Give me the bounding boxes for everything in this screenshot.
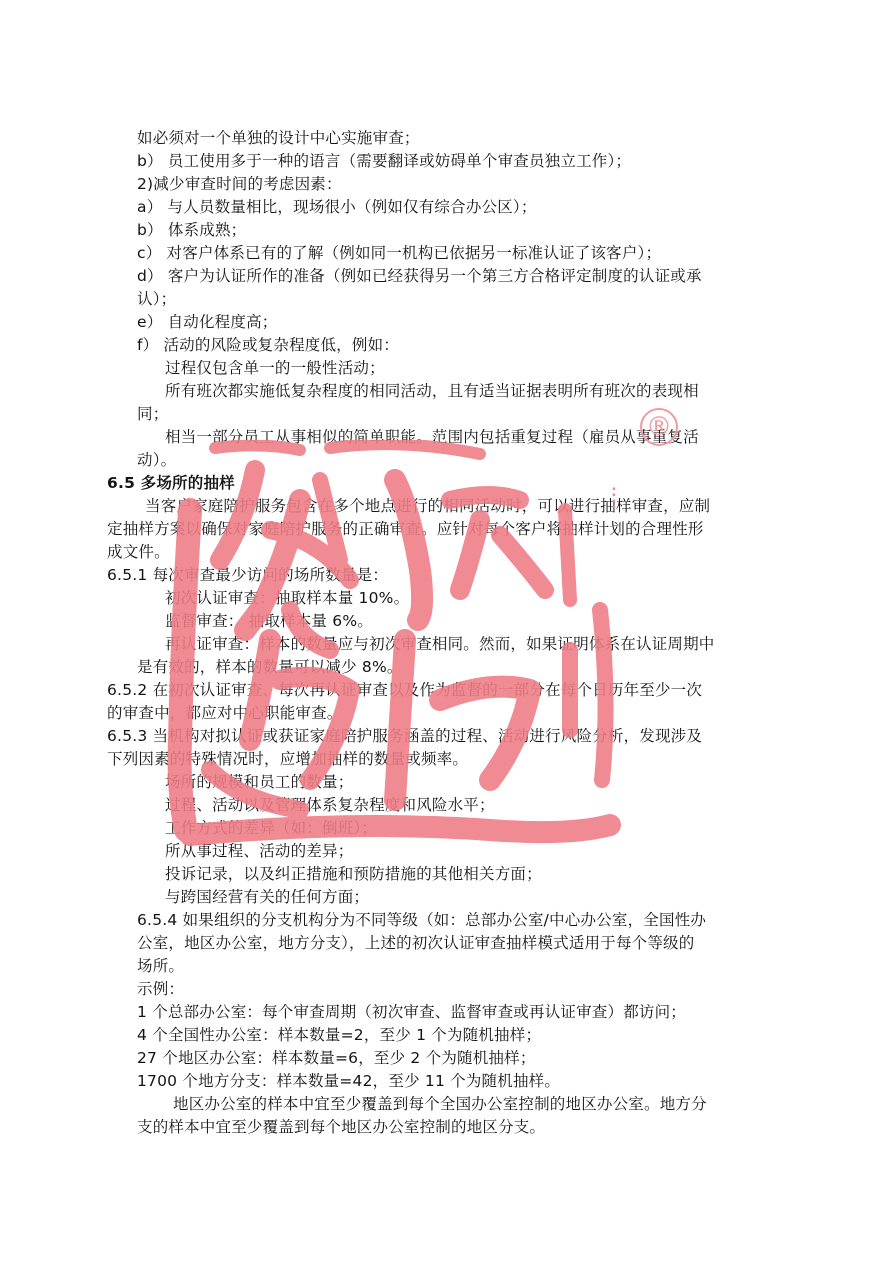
text-line: 过程、活动以及管理体系复杂程度和风险水平； (165, 795, 495, 815)
text-line: 场所。 (137, 956, 184, 976)
text-line: 6.5.1 每次审查最少访问的场所数量是： (107, 565, 388, 585)
text-line: 过程仅包含单一的一般性活动； (165, 358, 385, 378)
text-line: 地区办公室的样本中宜至少覆盖到每个全国办公室控制的地区办公室。地方分 (173, 1094, 707, 1114)
text-line: 1 个总部办公室：每个审查周期（初次审查、监督审查或再认证审查）都访问； (137, 1002, 686, 1022)
text-line: 成文件。 (107, 542, 170, 562)
text-line: 是有效的，样本的数量可以减少 8%。 (137, 657, 403, 677)
text-line: d） 客户为认证所作的准备（例如已经获得另一个第三方合格评定制度的认证或承 (137, 266, 702, 286)
text-line: 6.5.3 当机构对拟认证或获证家庭陪护服务涵盖的过程、活动进行风险分析，发现涉… (107, 726, 702, 746)
text-line: c） 对客户体系已有的了解（例如同一机构已依据另一标准认证了该客户）； (137, 243, 661, 263)
text-line: 监督审查： 抽取样本量 6%。 (165, 611, 373, 631)
text-line: 27 个地区办公室：样本数量=6，至少 2 个为随机抽样； (137, 1048, 536, 1068)
text-line: b） 员工使用多于一种的语言（需要翻译或妨碍单个审查员独立工作）； (137, 151, 631, 171)
text-line: 示例： (137, 979, 184, 999)
text-line: 当客户家庭陪护服务包含在多个地点进行的相同活动时，可以进行抽样审查，应制 (145, 496, 710, 516)
text-line: 支的样本中宜至少覆盖到每个地区办公室控制的地区分支。 (137, 1117, 545, 1137)
text-line: 工作方式的差异（如：倒班）； (165, 818, 377, 838)
text-line: 公室，地区办公室，地方分支），上述的初次认证审查抽样模式适用于每个等级的 (137, 933, 694, 953)
text-line: 初次认证审查：抽取样本量 10%。 (165, 588, 409, 608)
text-line: 4 个全国性办公室：样本数量=2，至少 1 个为随机抽样； (137, 1025, 541, 1045)
text-line: 同； (137, 404, 168, 424)
text-line: 相当一部分员工从事相似的简单职能。范围内包括重复过程（雇员从事重复活 (165, 427, 699, 447)
text-line: 2)减少审查时间的考虑因素： (137, 174, 342, 194)
text-line: 认）； (137, 289, 176, 309)
text-line: a） 与人员数量相比，现场很小（例如仅有综合办公区）； (137, 197, 537, 217)
text-line: e） 自动化程度高； (137, 312, 277, 332)
text-line: b） 体系成熟； (137, 220, 246, 240)
text-line: 投诉记录，以及纠正措施和预防措施的其他相关方面； (165, 864, 542, 884)
text-line: 6.5.4 如果组织的分支机构分为不同等级（如：总部办公室/中心办公室，全国性办 (137, 910, 706, 930)
text-line: 动）。 (137, 450, 176, 470)
section-heading: 6.5 多场所的抽样 (107, 473, 235, 493)
text-line: 再认证审查：样本的数量应与初次审查相同。然而，如果证明体系在认证周期中 (165, 634, 715, 654)
text-line: 1700 个地方分支：样本数量=42，至少 11 个为随机抽样。 (137, 1071, 560, 1091)
text-line: 的审查中，都应对中心职能审查。 (107, 703, 343, 723)
text-line: f） 活动的风险或复杂程度低，例如： (137, 335, 399, 355)
text-line: 场所的规模和员工的数量； (165, 772, 353, 792)
text-line: 6.5.2 在初次认证审查、每次再认证审查以及作为监督的一部分在每个日历年至少一… (107, 680, 702, 700)
seal-small-text: ▪▪▪▪ (609, 486, 617, 510)
registered-trademark-icon: ® (640, 408, 678, 446)
text-line: 如必须对一个单独的设计中心实施审查； (137, 128, 420, 148)
text-line: 所从事过程、活动的差异； (165, 841, 353, 861)
document-page: 如必须对一个单独的设计中心实施审查；b） 员工使用多于一种的语言（需要翻译或妨碍… (0, 0, 892, 1262)
text-line: 下列因素的特殊情况时，应增加抽样的数量或频率。 (107, 749, 468, 769)
text-line: 所有班次都实施低复杂程度的相同活动，且有适当证据表明所有班次的表现相 (165, 381, 699, 401)
text-line: 与跨国经营有关的任何方面； (165, 887, 369, 907)
text-line: 定抽样方案以确保对家庭陪护服务的正确审查。应针对每个客户将抽样计划的合理性形 (107, 519, 704, 539)
